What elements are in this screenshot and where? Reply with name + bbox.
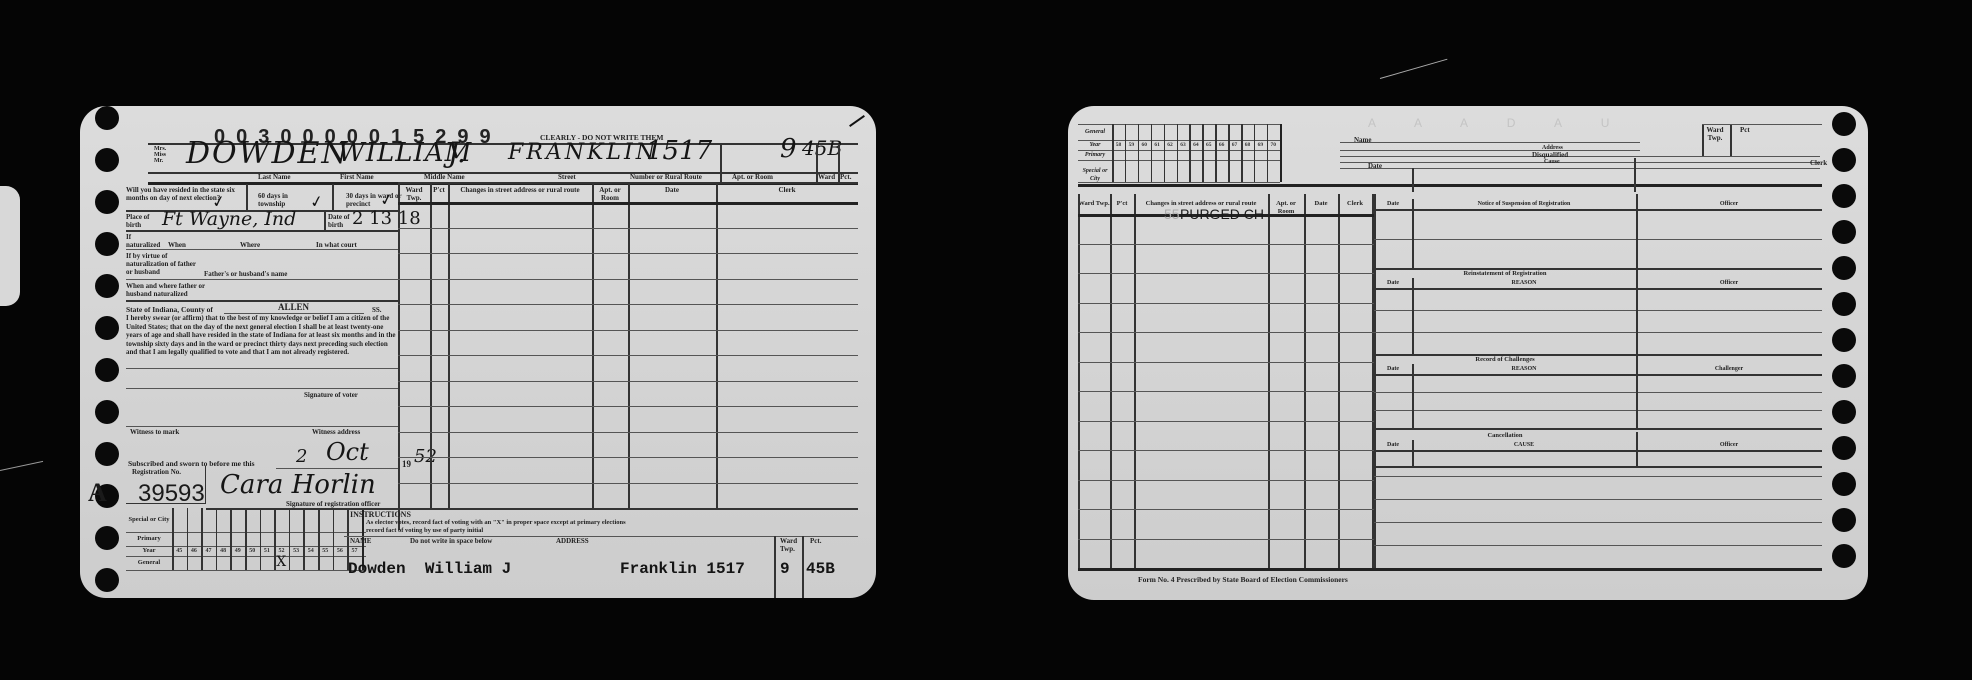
grid-year-57: 57 [347, 548, 362, 554]
suspension-header-2: Officer [1636, 200, 1822, 208]
right-changes-header-4: Date [1304, 200, 1338, 208]
changes-header-2: Changes in street address or rural route [448, 186, 592, 194]
label-if-naturalized: If naturalized [126, 233, 160, 249]
footer-pct-label: Pct. [810, 537, 821, 545]
right-changes-row-line [1078, 509, 1374, 510]
label-signature-of-voter: Signature of voter [304, 391, 358, 399]
instructions-title: INSTRUCTIONS [350, 511, 411, 519]
ward-handwritten: 9 [780, 134, 797, 164]
right-changes-row-line [1078, 303, 1374, 304]
disq-ward-label: Ward Twp. [1704, 126, 1726, 142]
punch-hole-icon [1832, 472, 1856, 496]
registration-officer-signature: Cara Horlin [220, 470, 376, 500]
changes-row-line [398, 432, 858, 433]
footer-no-write: Do not write in space below [410, 537, 492, 545]
right-changes-row-line [1078, 450, 1374, 451]
punch-hole-icon [95, 568, 119, 592]
grid-year-49: 49 [230, 548, 245, 554]
label-date-of-birth: Date of birth [328, 213, 354, 229]
right-grid-year-62: 62 [1164, 142, 1177, 148]
label-registration-officer: Signature of registration officer [286, 500, 380, 508]
footer-name-label: NAME [350, 537, 371, 545]
changes-header-1: P'ct [430, 186, 448, 194]
right-grid-year-66: 66 [1215, 142, 1228, 148]
label-number: Number or Rural Route [630, 173, 702, 181]
grid-year-56: 56 [333, 548, 348, 554]
changes-row-line [398, 381, 858, 382]
right-grid-year-69: 69 [1254, 142, 1267, 148]
right-grid-year-68: 68 [1241, 142, 1254, 148]
grid-year-45: 45 [172, 548, 187, 554]
grid-year-47: 47 [201, 548, 216, 554]
right-grid-year-67: 67 [1228, 142, 1241, 148]
film-scratch [0, 461, 43, 471]
punch-hole-icon [95, 232, 119, 256]
disq-name-label: Name [1354, 136, 1372, 144]
punch-hole-icon [95, 400, 119, 424]
last-name-handwritten: DOWDEN [186, 136, 350, 171]
changes-header-4: Date [628, 186, 716, 194]
label-witness-address: Witness address [312, 428, 360, 436]
punch-hole-icon [95, 358, 119, 382]
suspension-date: 55 [1164, 206, 1180, 222]
label-virtue-of-naturalization: If by virtue of naturalization of father… [126, 252, 200, 276]
label-naturalized-where: Where [240, 241, 260, 249]
disq-pct-label: Pct [1740, 126, 1750, 134]
punch-hole-icon [1832, 184, 1856, 208]
registration-letter: A [88, 478, 107, 508]
oath-ss: SS. [372, 306, 382, 314]
faded-header-text: A A A D A U [1368, 116, 1748, 130]
changes-row-line [398, 330, 858, 331]
label-street: Street [558, 173, 576, 181]
right-changes-row-line [1078, 362, 1374, 363]
punch-hole-icon [1832, 220, 1856, 244]
changes-row-line [398, 457, 858, 458]
cancellation-title: Cancellation [1374, 432, 1636, 440]
punch-hole-icon [1832, 364, 1856, 388]
changes-row-line [398, 304, 858, 305]
middle-name-handwritten: J. [448, 136, 466, 169]
punch-hole-icon [95, 316, 119, 340]
background-card-edge [0, 186, 20, 306]
label-middle-name: Middle Name [424, 173, 465, 181]
right-grid-year-64: 64 [1189, 142, 1202, 148]
right-grid-year-65: 65 [1202, 142, 1215, 148]
changes-header-0: Ward Twp. [398, 186, 430, 202]
right-grid-row-label-1: Year [1078, 141, 1112, 149]
right-grid-row-label-3: Special or City [1078, 167, 1112, 183]
punch-hole-icon [1832, 400, 1856, 424]
challenges-header-2: Challenger [1636, 365, 1822, 373]
registration-card-back: A A A D A U GeneralYearPrimarySpecial or… [1068, 106, 1868, 600]
suspension-header-0: Date [1374, 200, 1412, 208]
punch-hole-icon [95, 148, 119, 172]
label-ward: Ward [818, 173, 835, 181]
changes-row-line [398, 406, 858, 407]
right-grid-year-60: 60 [1138, 142, 1151, 148]
oath-state-line: State of Indiana, County of [126, 306, 213, 314]
cancellation-header-1: CAUSE [1412, 441, 1636, 449]
grid-year-55: 55 [318, 548, 333, 554]
changes-header-3: Apt. or Room [592, 186, 628, 202]
label-when-where-naturalized: When and where father or husband natural… [126, 282, 222, 298]
instructions-text-1: As elector votes, record fact of voting … [366, 519, 626, 527]
pct-handwritten: 45B [802, 136, 842, 160]
typed-pct: 45B [806, 560, 835, 578]
changes-row-line [398, 228, 858, 229]
label-witness-to-mark: Witness to mark [130, 428, 179, 436]
right-changes-row-line [1078, 332, 1374, 333]
grid-year-50: 50 [245, 548, 260, 554]
right-grid-row-label-2: Primary [1078, 151, 1112, 159]
right-changes-row-line [1078, 539, 1374, 540]
punch-hole-icon [1832, 508, 1856, 532]
grid-row-label-0: Special or City [126, 516, 172, 524]
salutation-mr: Mr. [154, 158, 163, 164]
changes-row-line [398, 253, 858, 254]
challenges-header-1: REASON [1412, 365, 1636, 373]
right-changes-header-1: P'ct [1110, 200, 1134, 208]
label-first-name: First Name [340, 173, 374, 181]
changes-row-line [398, 355, 858, 356]
number-handwritten: 1517 [646, 136, 712, 166]
punch-hole-icon [1832, 436, 1856, 460]
right-changes-row-line [1078, 421, 1374, 422]
right-changes-row-line [1078, 391, 1374, 392]
disq-cause-label: Cause [1544, 158, 1560, 166]
punch-hole-icon [95, 526, 119, 550]
residency-township-check: ✓ [308, 191, 325, 212]
grid-row-label-3: General [126, 559, 172, 567]
label-place-of-birth: Place of birth [126, 213, 154, 229]
changes-row-line [398, 279, 858, 280]
corner-mark [849, 115, 865, 127]
grid-general-mark-52: X [276, 554, 286, 570]
grid-row-label-1: Primary [126, 535, 172, 543]
grid-row-label-2: Year [126, 547, 172, 555]
label-naturalized-when: When [168, 241, 186, 249]
punch-hole-icon [95, 190, 119, 214]
label-father-name: Father's or husband's name [204, 270, 287, 278]
suspension-header-1: Notice of Suspension of Registration [1412, 200, 1636, 208]
right-grid-year-70: 70 [1267, 142, 1280, 148]
grid-year-54: 54 [303, 548, 318, 554]
grid-year-48: 48 [216, 548, 231, 554]
right-grid-row-label-0: General [1078, 128, 1112, 136]
typed-address: Franklin 1517 [620, 560, 745, 578]
typed-name: Dowden William J [348, 560, 511, 578]
reinstatement-title: Reinstatement of Registration [1374, 270, 1636, 278]
right-grid-year-61: 61 [1151, 142, 1164, 148]
place-of-birth-handwritten: Ft Wayne, Ind [162, 208, 296, 230]
cancellation-header-0: Date [1374, 441, 1412, 449]
right-grid-year-59: 59 [1125, 142, 1138, 148]
changes-header-5: Clerk [716, 186, 858, 194]
disq-clerk-label: Clerk [1810, 159, 1827, 167]
footer-address-label: ADDRESS [556, 537, 589, 545]
right-grid-year-63: 63 [1177, 142, 1190, 148]
reinstatement-header-1: REASON [1412, 279, 1636, 287]
punch-hole-icon [1832, 112, 1856, 136]
punch-hole-icon [1832, 148, 1856, 172]
punch-hole-icon [95, 106, 119, 130]
oath-county: ALLEN [278, 303, 309, 311]
subscribed-year-prefix: 19 [402, 460, 411, 468]
grid-year-46: 46 [187, 548, 202, 554]
grid-year-51: 51 [260, 548, 275, 554]
right-changes-header-5: Clerk [1338, 200, 1372, 208]
right-changes-row-line [1078, 244, 1374, 245]
grid-year-53: 53 [289, 548, 304, 554]
right-grid-year-58: 58 [1112, 142, 1125, 148]
reinstatement-header-2: Officer [1636, 279, 1822, 287]
label-apt: Apt. or Room [732, 173, 773, 181]
street-handwritten: FRANKLIN [508, 140, 658, 165]
instructions-text-2: record fact of voting by use of party in… [366, 527, 483, 535]
typed-ward: 9 [780, 560, 790, 578]
changes-row-line [398, 483, 858, 484]
label-last-name: Last Name [258, 173, 290, 181]
challenges-header-0: Date [1374, 365, 1412, 373]
suspension-entry: PURGED CH [1180, 206, 1264, 222]
reinstatement-header-0: Date [1374, 279, 1412, 287]
right-changes-row-line [1078, 273, 1374, 274]
oath-text: I hereby swear (or affirm) that to the b… [126, 314, 396, 357]
punch-hole-icon [1832, 256, 1856, 280]
subscribed-month: Oct [326, 438, 369, 466]
punch-hole-icon [95, 442, 119, 466]
footer-ward-label: Ward Twp. [780, 537, 798, 553]
label-naturalized-court: In what court [316, 241, 357, 249]
punch-hole-icon [95, 274, 119, 298]
punch-hole-icon [1832, 328, 1856, 352]
subscribed-day: 2 [296, 446, 307, 467]
cancellation-header-2: Officer [1636, 441, 1822, 449]
film-scratch [1380, 59, 1448, 79]
form-footer: Form No. 4 Prescribed by State Board of … [1138, 576, 1348, 584]
punch-hole-icon [1832, 292, 1856, 316]
right-changes-row-line [1078, 480, 1374, 481]
registration-box [126, 466, 206, 504]
residency-question-township: 60 days in township [258, 192, 308, 208]
registration-card-front: 0030000015299 CLEARLY - DO NOT WRITE THE… [80, 106, 876, 598]
challenges-title: Record of Challenges [1374, 356, 1636, 364]
right-changes-header-0: Ward Twp. [1078, 200, 1110, 208]
label-pct: Pct. [840, 173, 851, 181]
punch-hole-icon [1832, 544, 1856, 568]
date-of-birth-handwritten: 2 13 18 [352, 208, 421, 229]
